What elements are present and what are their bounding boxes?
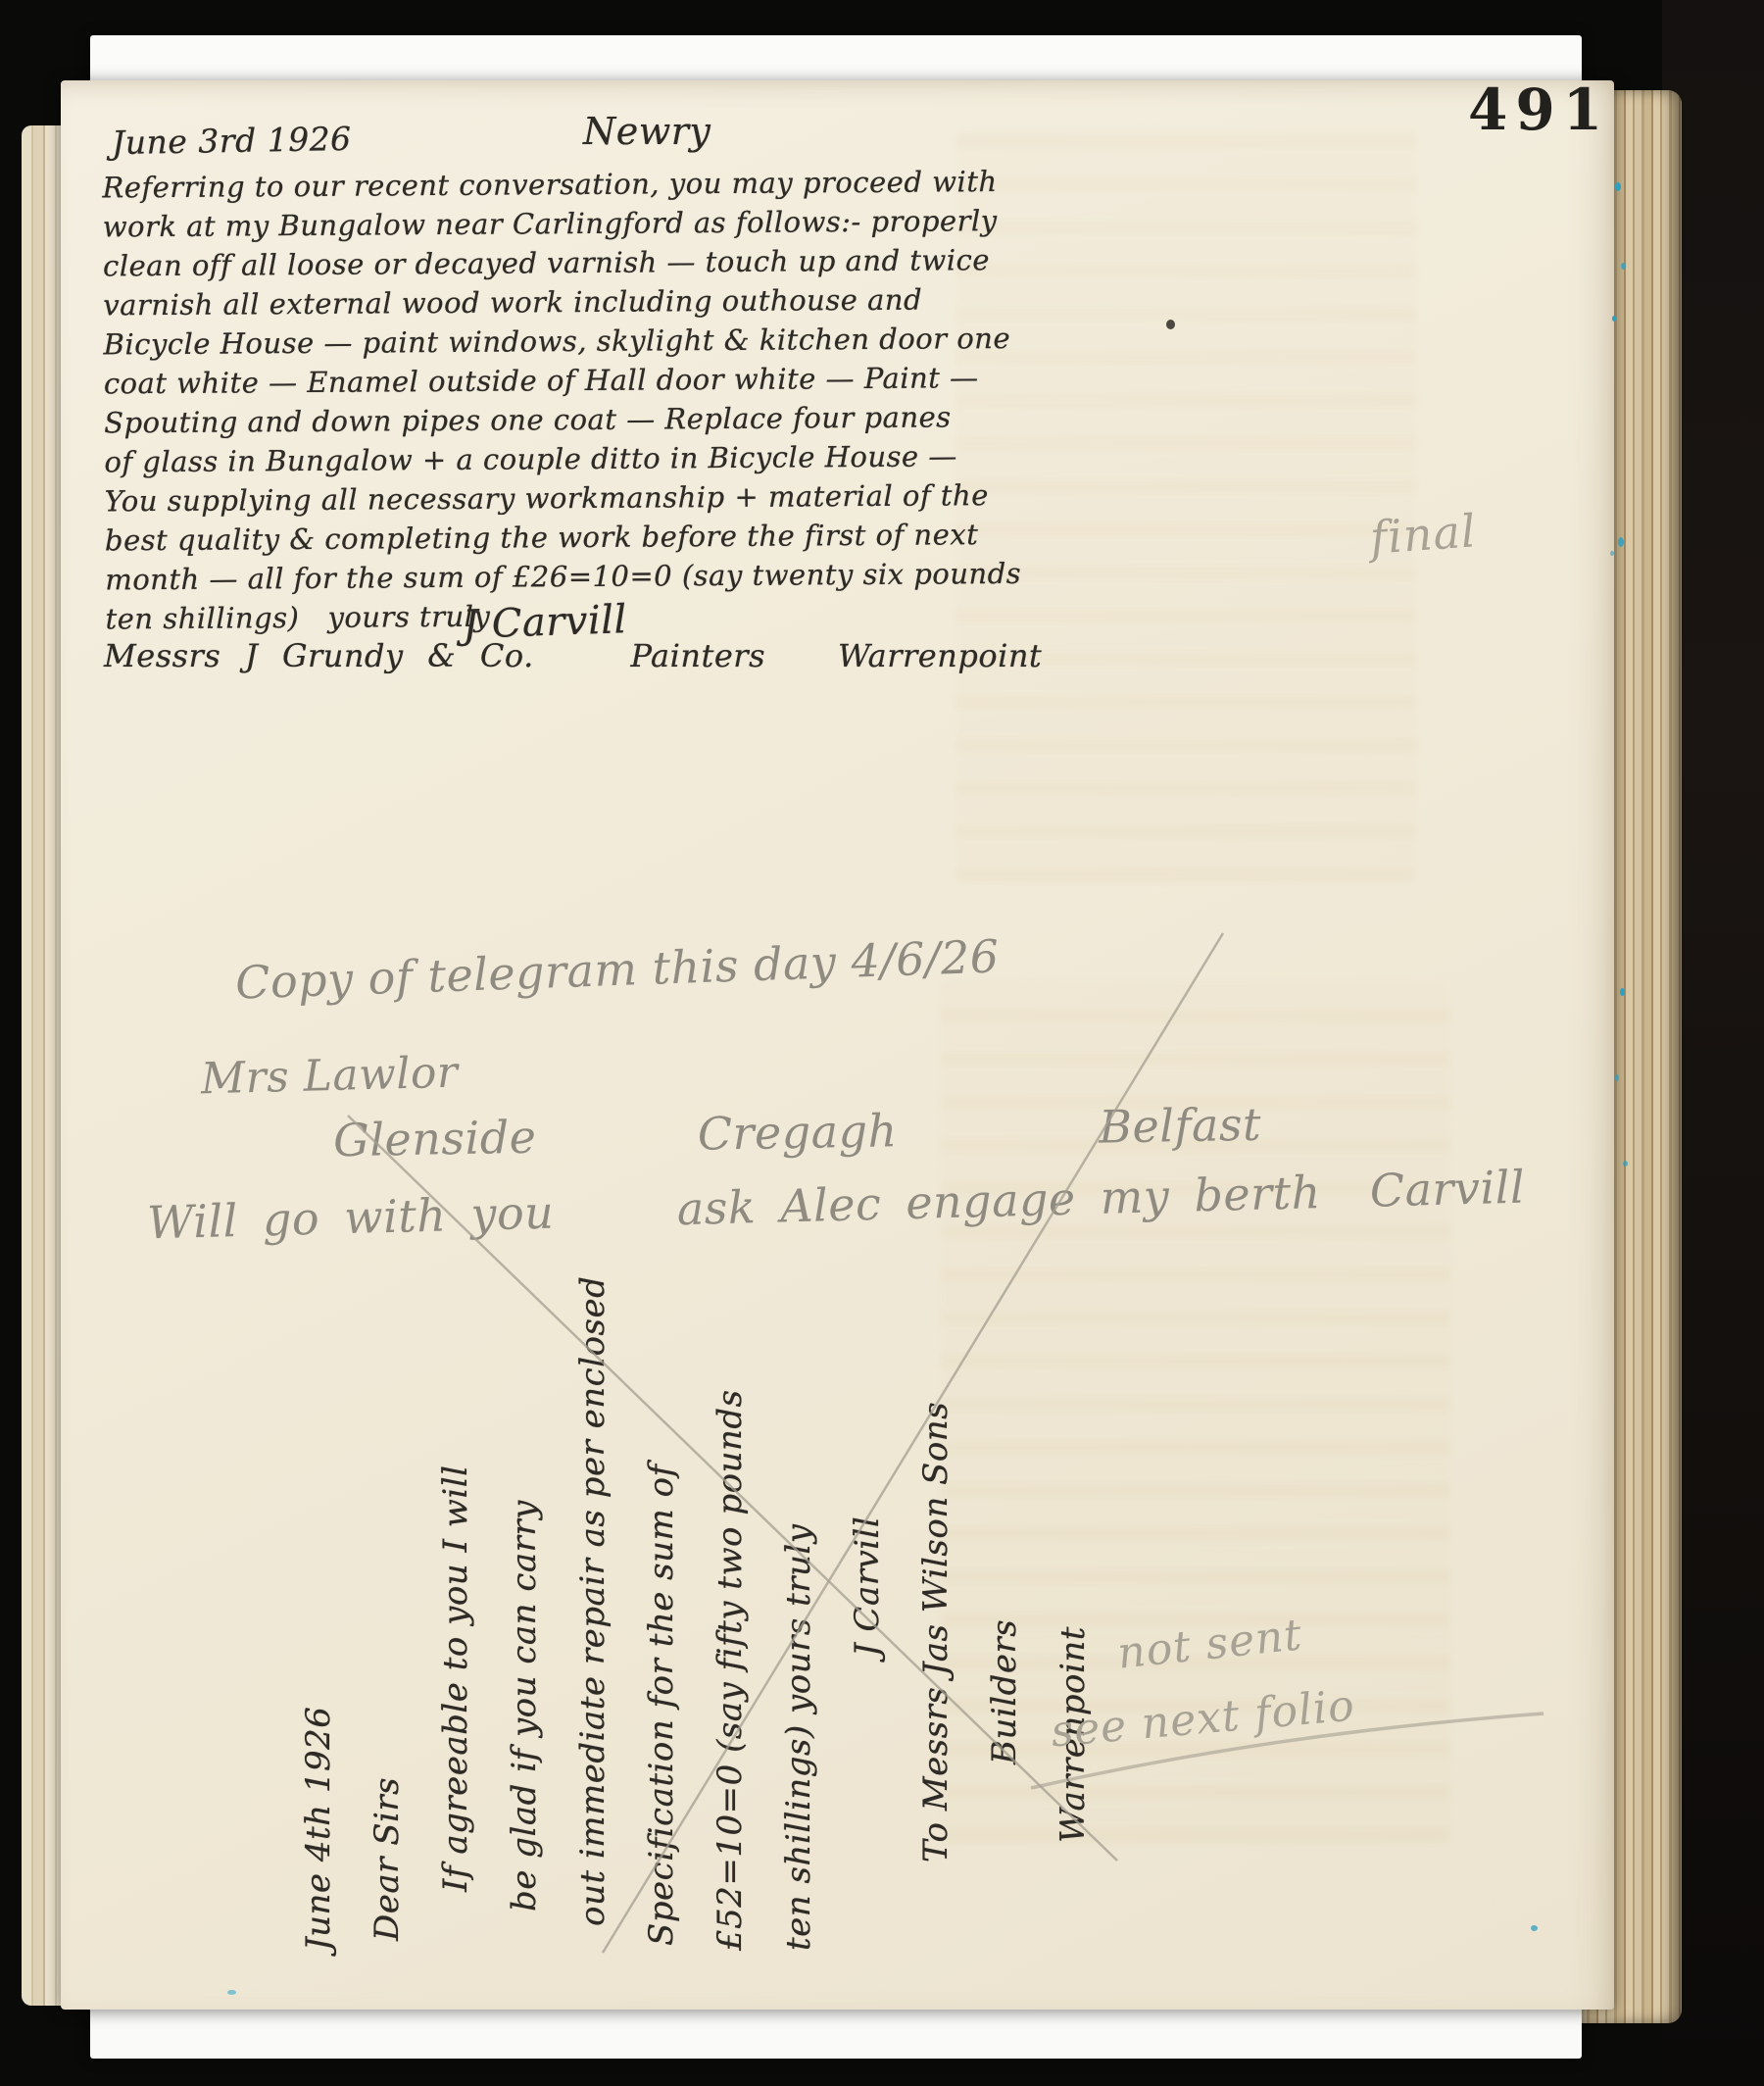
- telegram-recipient: Mrs Lawlor: [200, 1048, 459, 1105]
- place-heading: Newry: [583, 110, 710, 153]
- rotated-letter-line: ten shillings) yours truly: [764, 1206, 833, 1951]
- teal-ink-speck: [1615, 182, 1621, 191]
- teal-ink-speck: [1610, 551, 1614, 556]
- teal-ink-speck: [1531, 1925, 1538, 1931]
- letter-body-line: Bicycle House — paint windows, skylight …: [103, 319, 1063, 365]
- teal-ink-speck: [1621, 263, 1626, 270]
- margin-note-final: final: [1368, 504, 1478, 564]
- letter-body-line: clean off all loose or decayed varnish —…: [103, 240, 1063, 286]
- letter-body-line: month — all for the sum of £26=10=0 (say…: [105, 554, 1065, 600]
- letter-body-line: You supplying all necessary workmanship …: [105, 475, 1065, 521]
- photo-backdrop: 491 Newry June 3rd 1926 Referring to our…: [0, 0, 1764, 2086]
- rotated-letter-line: June 4th 1926: [284, 1206, 353, 1951]
- teal-ink-speck: [1615, 1074, 1619, 1081]
- rotated-letter-line: be glad if you can carry: [490, 1206, 559, 1912]
- rotated-letter-signature: J Carvill: [833, 1206, 902, 1657]
- letter-body-line: Spouting and down pipes one coat — Repla…: [104, 397, 1064, 443]
- teal-ink-speck: [1623, 1161, 1628, 1167]
- rotated-letter-line: Builders: [970, 1206, 1039, 1764]
- letter-body-line: varnish all external wood work including…: [103, 279, 1063, 325]
- letter-body-line: coat white — Enamel outside of Hall door…: [104, 358, 1064, 404]
- teal-ink-speck: [1620, 988, 1625, 996]
- rotated-letter-line: To Messrs Jas Wilson Sons: [902, 1206, 970, 1862]
- letter-body-line: of glass in Bungalow + a couple ditto in…: [104, 436, 1064, 482]
- page-number: 491: [1468, 76, 1610, 143]
- rotated-letter-line: If agreeable to you I will: [421, 1206, 490, 1892]
- rotated-letter-line: out immediate repair as per enclosed: [559, 1206, 627, 1926]
- teal-ink-speck: [1612, 316, 1616, 322]
- letter-body-line: work at my Bungalow near Carlingford as …: [103, 201, 1063, 247]
- rotated-letter-line: Dear Sirs: [353, 1206, 421, 1941]
- letter-body-line: best quality & completing the work befor…: [105, 515, 1065, 561]
- teal-ink-speck: [227, 1990, 236, 1995]
- letter-date: June 3rd 1926: [112, 120, 352, 162]
- rotated-letter-line: Specification for the sum of: [627, 1206, 696, 1946]
- teal-ink-speck: [1618, 537, 1624, 547]
- ink-blot: [1166, 320, 1175, 329]
- addressee-line: Messrs J Grundy & Co. Painters Warrenpoi…: [104, 637, 1042, 674]
- letter-body-line: Referring to our recent conversation, yo…: [102, 162, 1062, 208]
- rotated-draft-letter: June 4th 1926 Dear Sirs If agreeable to …: [284, 1206, 1107, 1951]
- letter-body: Referring to our recent conversation, yo…: [102, 162, 1065, 639]
- rotated-letter-line: £52=10=0 (say fifty two pounds: [696, 1206, 764, 1951]
